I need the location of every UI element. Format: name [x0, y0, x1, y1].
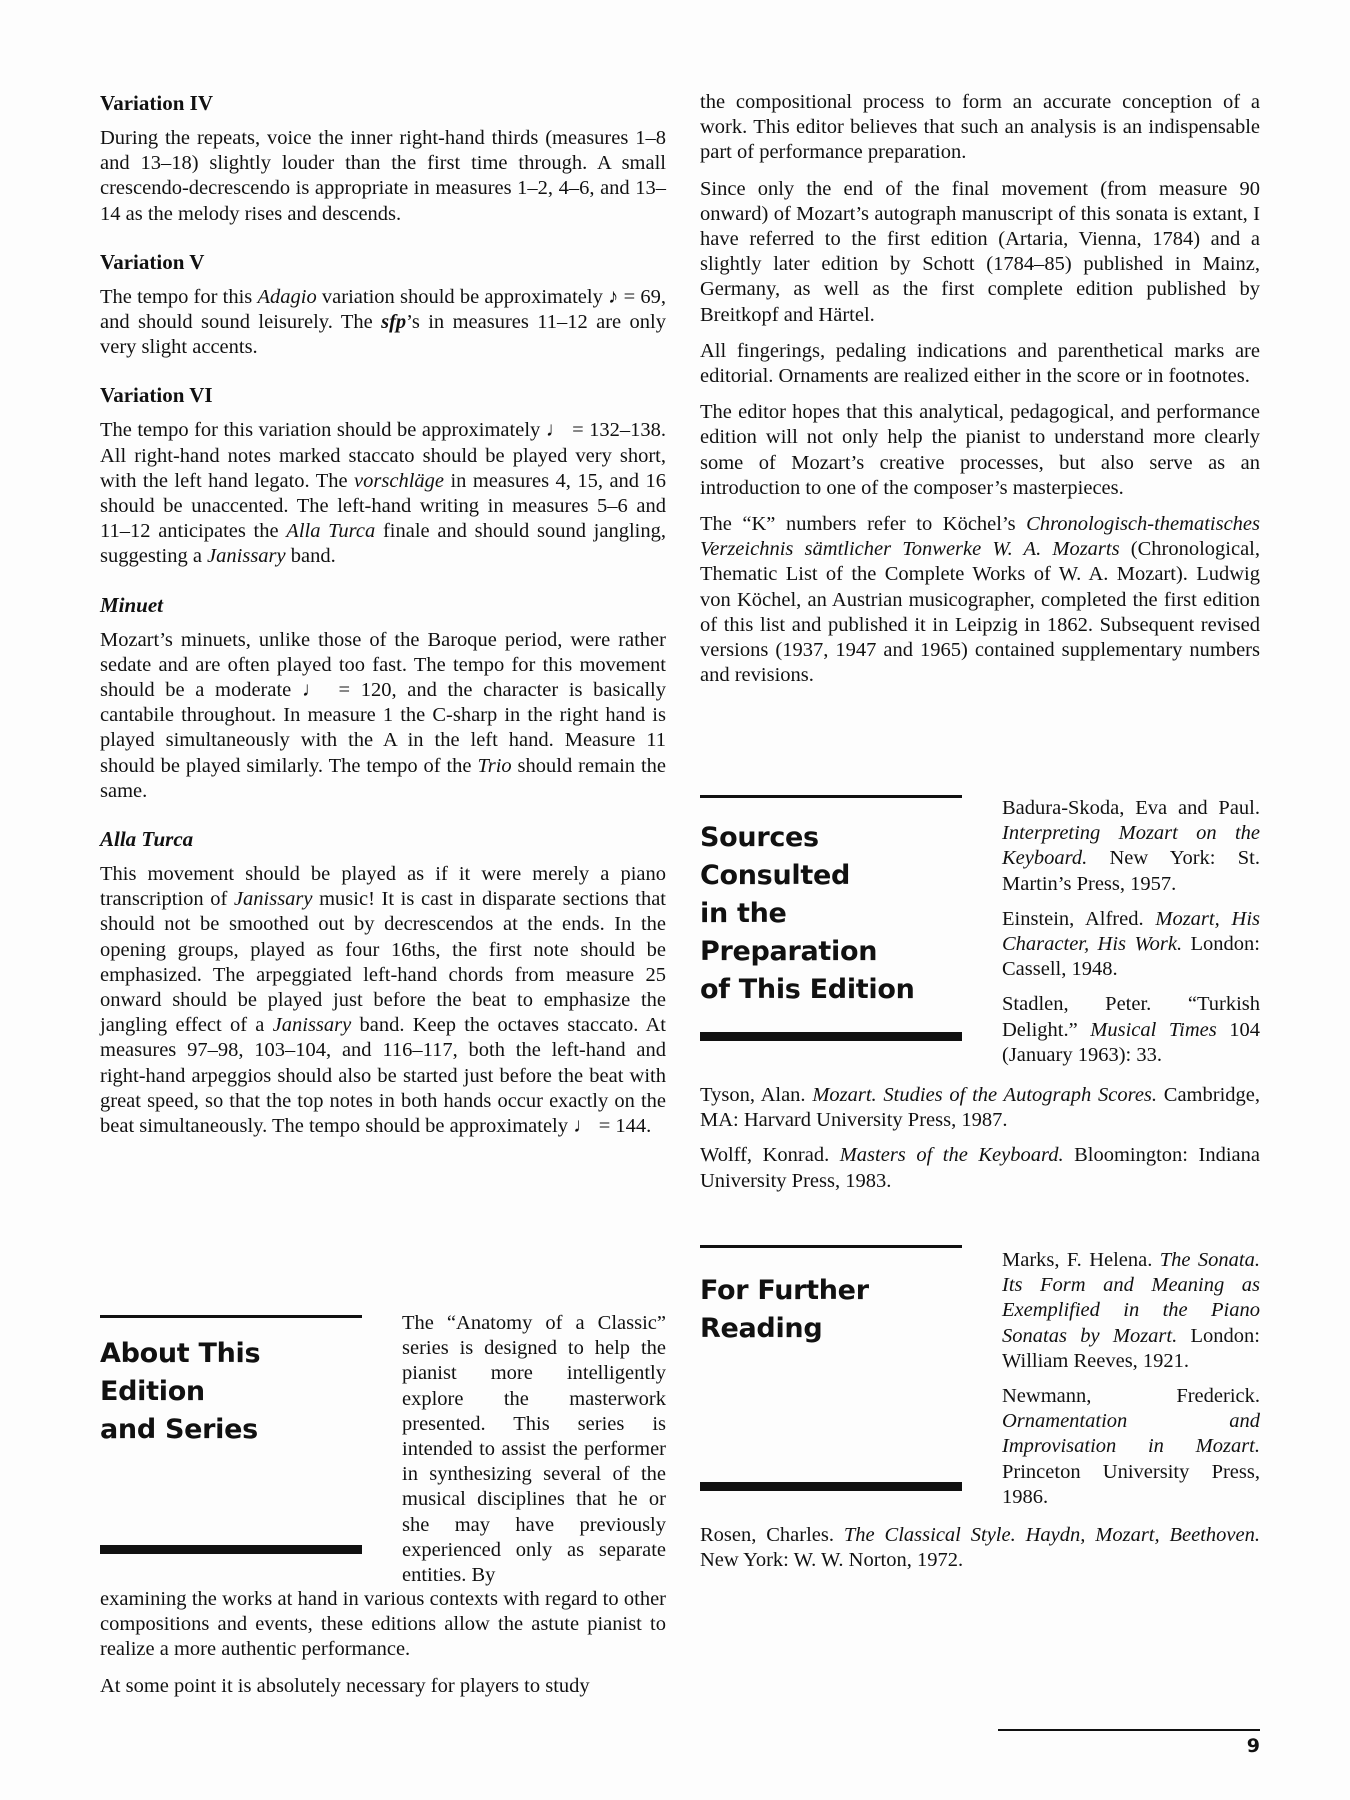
title-line: of This Edition [700, 971, 962, 1009]
paragraph: This movement should be played as if it … [100, 862, 666, 1139]
bibliography-entry: Tyson, Alan. Mozart. Studies of the Auto… [700, 1083, 1260, 1133]
section-heading: Variation VI [100, 382, 666, 408]
sources-list-continued: Tyson, Alan. Mozart. Studies of the Auto… [700, 1083, 1260, 1194]
further-reading-list: Marks, F. Helena. The Sonata. Its Form a… [1002, 1248, 1260, 1510]
title-line: About This Edition [100, 1335, 362, 1411]
further-reading-title: For Further Reading [700, 1272, 869, 1348]
bibliography-entry: Wolff, Konrad. Masters of the Keyboard. … [700, 1143, 1260, 1193]
bibliography-entry: Stadlen, Peter. “Turkish Delight.” Music… [1002, 992, 1260, 1068]
heading-rule-bottom [100, 1545, 362, 1554]
paragraph: the compositional process to form an acc… [700, 90, 1260, 166]
paragraph: The “Anatomy of a Classic” series is des… [402, 1311, 666, 1588]
heading-rule-top [700, 795, 962, 798]
section-minuet: Minuet Mozart’s minuets, unlike those of… [100, 592, 666, 804]
section-alla-turca: Alla Turca This movement should be playe… [100, 826, 666, 1139]
bibliography-entry: Einstein, Alfred. Mozart, His Character,… [1002, 907, 1260, 983]
paragraph: At some point it is absolutely necessary… [100, 1674, 666, 1699]
further-reading-heading-block: For Further Reading [700, 1245, 962, 1495]
heading-rule-bottom [700, 1482, 962, 1491]
section-heading: Alla Turca [100, 826, 666, 852]
sources-title: Sources Consulted in the Preparation of … [700, 819, 962, 1009]
paragraph: The “K” numbers refer to Köchel’s Chrono… [700, 512, 1260, 688]
paragraph: The tempo for this variation should be a… [100, 418, 666, 569]
sources-heading-block: Sources Consulted in the Preparation of … [700, 795, 962, 1045]
title-line: Reading [700, 1310, 869, 1348]
heading-rule-bottom [700, 1032, 962, 1041]
bibliography-entry: Badura-Skoda, Eva and Paul. Interpreting… [1002, 796, 1260, 897]
bibliography-entry: Newmann, Frederick. Ornamentation and Im… [1002, 1384, 1260, 1510]
heading-rule-top [700, 1245, 962, 1248]
title-line: in the Preparation [700, 895, 962, 971]
title-line: and Series [100, 1411, 362, 1449]
section-variation-iv: Variation IV During the repeats, voice t… [100, 90, 666, 227]
left-column: Variation IV During the repeats, voice t… [100, 90, 666, 1161]
title-line: For Further [700, 1272, 869, 1310]
paragraph: The editor hopes that this analytical, p… [700, 400, 1260, 501]
title-line: Sources Consulted [700, 819, 962, 895]
further-reading-list-continued: Rosen, Charles. The Classical Style. Hay… [700, 1523, 1260, 1573]
page-number: 9 [1228, 1735, 1260, 1757]
bibliography-entry: Rosen, Charles. The Classical Style. Hay… [700, 1523, 1260, 1573]
document-page: Variation IV During the repeats, voice t… [0, 0, 1350, 1800]
bibliography-entry: Marks, F. Helena. The Sonata. Its Form a… [1002, 1248, 1260, 1374]
paragraph: During the repeats, voice the inner righ… [100, 126, 666, 227]
section-variation-v: Variation V The tempo for this Adagio va… [100, 249, 666, 361]
about-edition-heading-block: About This Edition and Series [100, 1315, 362, 1555]
paragraph: The tempo for this Adagio variation shou… [100, 285, 666, 361]
right-column: the compositional process to form an acc… [700, 90, 1260, 688]
about-edition-text: The “Anatomy of a Classic” series is des… [402, 1311, 666, 1588]
paragraph: Mozart’s minuets, unlike those of the Ba… [100, 628, 666, 804]
about-edition-title: About This Edition and Series [100, 1335, 362, 1449]
sources-list: Badura-Skoda, Eva and Paul. Interpreting… [1002, 796, 1260, 1068]
section-heading: Minuet [100, 592, 666, 618]
about-edition-text-continued: examining the works at hand in various c… [100, 1587, 666, 1699]
paragraph: examining the works at hand in various c… [100, 1587, 666, 1663]
heading-rule-top [100, 1315, 362, 1318]
paragraph: Since only the end of the final movement… [700, 177, 1260, 328]
section-heading: Variation IV [100, 90, 666, 116]
section-variation-vi: Variation VI The tempo for this variatio… [100, 382, 666, 569]
footer-rule [998, 1729, 1260, 1731]
paragraph: All fingerings, pedaling indications and… [700, 339, 1260, 389]
section-heading: Variation V [100, 249, 666, 275]
